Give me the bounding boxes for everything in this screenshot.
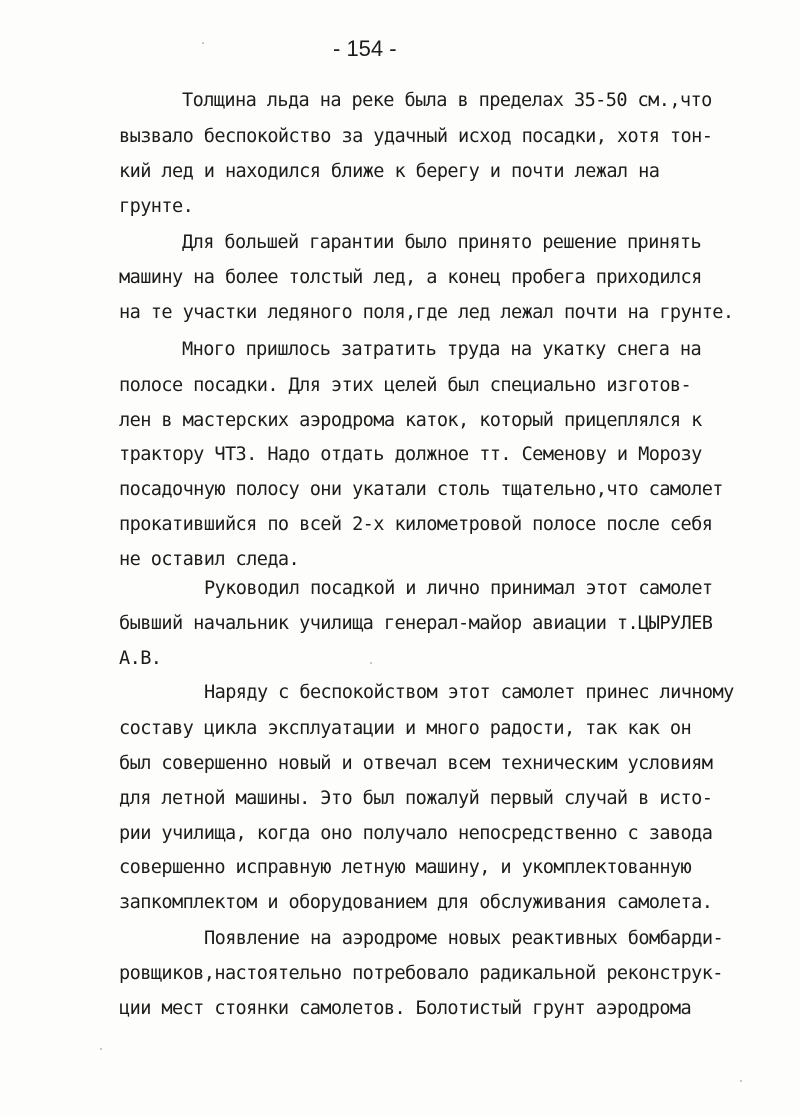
scan-speck: [370, 662, 372, 664]
text-line: машину на более толстый лед, а конец про…: [119, 267, 702, 289]
text-line: Наряду с беспокойством этот самолет прин…: [204, 682, 734, 704]
text-line: составу цикла эксплуатации и много радос…: [119, 718, 691, 740]
text-line: ции мест стоянки самолетов. Болотистый г…: [119, 998, 691, 1020]
text-line: лен в мастерских аэродрома каток, которы…: [119, 410, 702, 432]
document-page: - 154 - Толщина льда на реке была в пред…: [0, 0, 800, 1116]
text-line: полосе посадки. Для этих целей был специ…: [119, 375, 691, 397]
text-line: на те участки ледяного поля,где лед лежа…: [119, 302, 733, 324]
text-line: трактору ЧТЗ. Надо отдать должное тт. Се…: [119, 444, 702, 466]
text-line: грунте.: [119, 196, 193, 218]
scan-speck: [100, 1048, 102, 1050]
text-line: прокатившийся по всей 2-х километровой п…: [119, 514, 712, 536]
text-line: Толщина льда на реке была в пределах 35-…: [182, 90, 712, 112]
text-line: запкомплектом и оборудованием для обслуж…: [119, 892, 712, 914]
scan-speck: [740, 1080, 742, 1082]
text-line: посадочную полосу они укатали столь тщат…: [119, 479, 723, 501]
text-line: Для большей гарантии было принято решени…: [182, 232, 701, 254]
page-number: - 154 -: [333, 36, 397, 62]
text-line: А.В.: [119, 648, 161, 670]
text-line: не оставил следа.: [119, 549, 299, 571]
text-line: Много пришлось затратить труда на укатку…: [182, 339, 701, 361]
text-line: бывший начальник училища генерал-майор а…: [119, 613, 712, 635]
text-line: вызвало беспокойство за удачный исход по…: [119, 126, 712, 148]
text-line: рии училища, когда оно получало непосред…: [119, 823, 712, 845]
text-line: для летной машины. Это был пожалуй первы…: [119, 788, 712, 810]
text-line: Появление на аэродроме новых реактивных …: [204, 928, 723, 950]
text-line: Руководил посадкой и лично принимал этот…: [204, 578, 713, 600]
text-line: ровщиков,настоятельно потребовало радика…: [119, 963, 723, 985]
text-line: кий лед и находился ближе к берегу и поч…: [119, 161, 659, 183]
scan-speck: [202, 42, 204, 44]
text-line: был совершенно новый и отвечал всем техн…: [119, 753, 712, 775]
text-line: совершенно исправную летную машину, и ук…: [119, 857, 691, 879]
